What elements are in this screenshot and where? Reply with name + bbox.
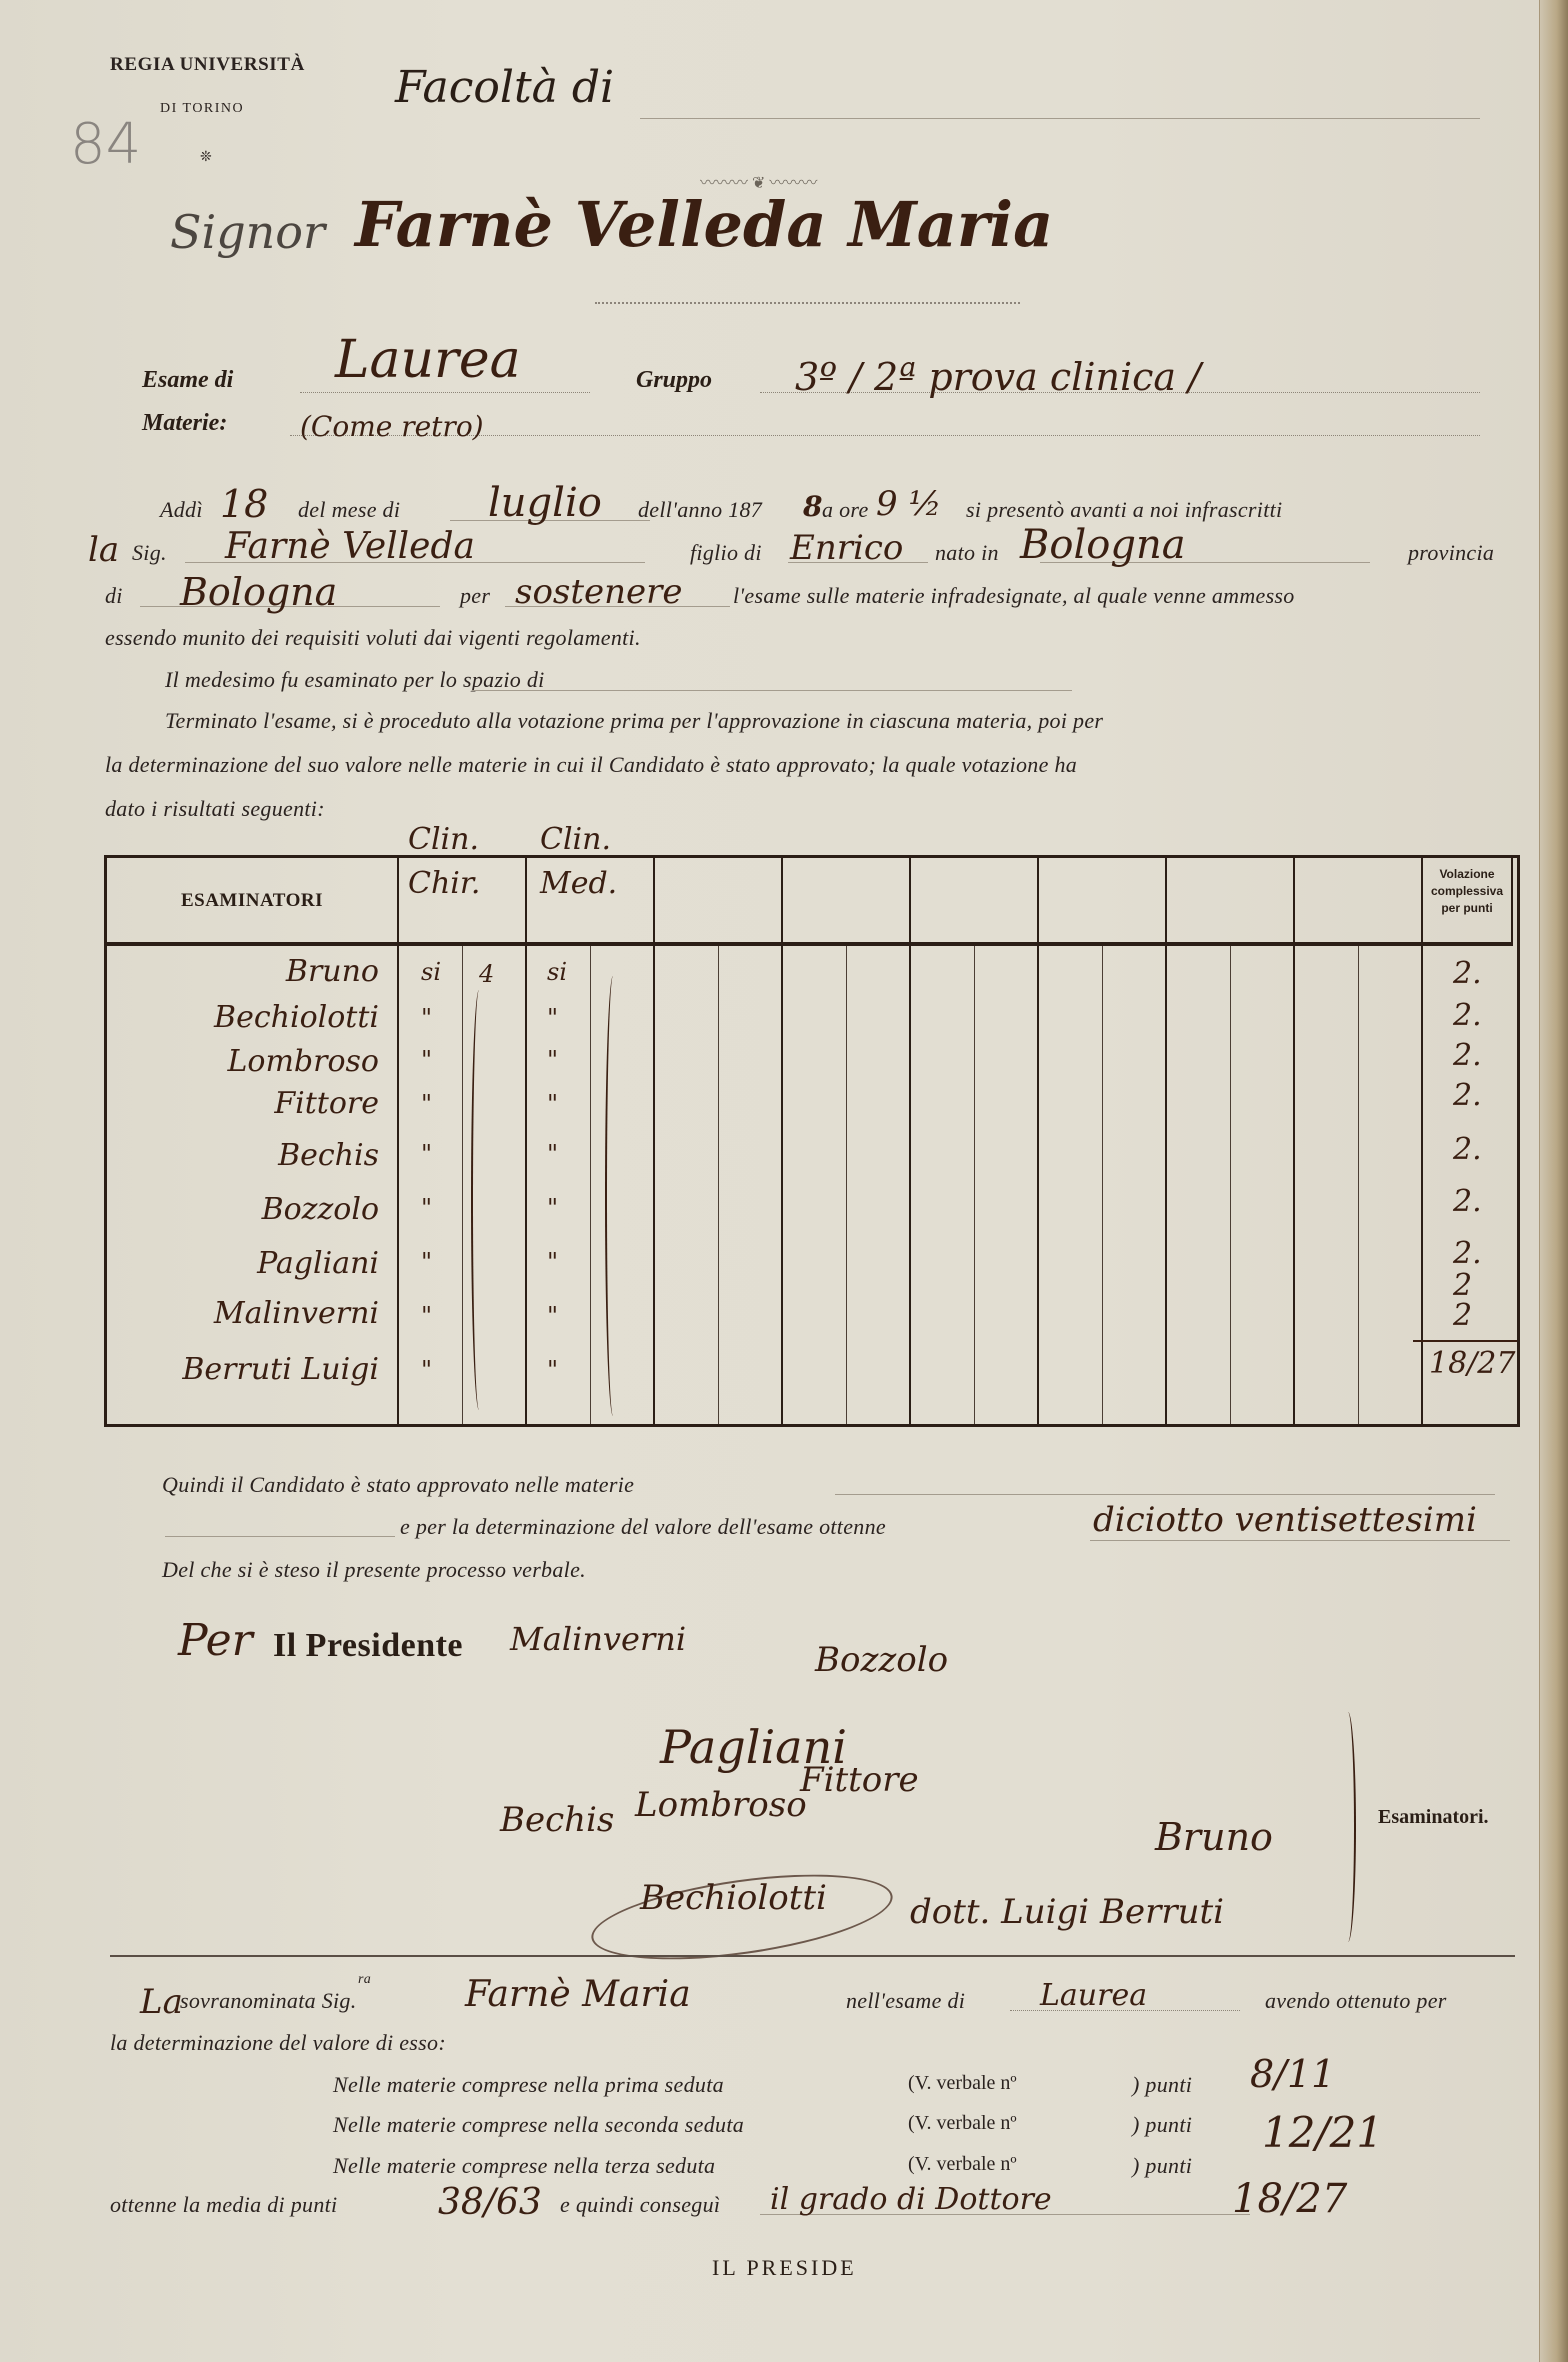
mark: " (547, 1046, 558, 1074)
per-label: per (460, 583, 490, 609)
examiner-name: Bruno (286, 954, 379, 989)
mark: si (421, 958, 441, 986)
document-page: REGIA UNIVERSITÀ DI TORINO ❊ 84 Facoltà … (0, 0, 1540, 2362)
sum-line (1413, 1340, 1517, 1342)
province-value: Bologna (180, 570, 337, 614)
result-line-3: Del che si è steso il presente processo … (162, 1557, 586, 1583)
subject-col-5 (911, 946, 1039, 1424)
esame-value: Laurea (335, 330, 521, 390)
examiner-name: Pagliani (257, 1246, 379, 1281)
row-total: 2. (1453, 998, 1482, 1033)
examiner-signature: Fittore (800, 1760, 919, 1800)
result-line-2: e per la determinazione del valore dell'… (400, 1514, 886, 1540)
subcolumn-divider (718, 946, 719, 1424)
ditto-brace (605, 976, 621, 1416)
examiner-signature: Bruno (1155, 1815, 1273, 1859)
examiners-brace (1340, 1712, 1356, 1942)
sig-prefix: la (88, 530, 119, 570)
purpose-value: sostenere (515, 572, 683, 612)
total-header: Volazione complessiva per punti (1423, 866, 1511, 917)
preside-label: IL PRESIDE (712, 2255, 857, 2281)
approved-subjects-line (835, 1494, 1495, 1495)
subcolumn-divider (1358, 946, 1359, 1424)
row-total: 2. (1453, 1038, 1482, 1073)
mark: " (547, 1090, 558, 1118)
row-total: 2. (1453, 1184, 1482, 1219)
subject-col-2-header (527, 858, 655, 946)
examiner-signature: dott. Luigi Berruti (910, 1892, 1224, 1932)
score-line (1090, 1540, 1510, 1541)
sovranominata-label: sovranominata Sig. (180, 1988, 357, 2014)
nell-esame-label: nell'esame di (846, 1988, 965, 2014)
candidate-name: Farnè Velleda Maria (355, 188, 1053, 261)
subject-col-6 (1039, 946, 1167, 1424)
record-line-8: dato i risultati seguenti: (105, 796, 325, 822)
mark: " (421, 1004, 432, 1032)
sig-name-value: Farnè Velleda (225, 526, 475, 567)
examiner-name: Berruti Luigi (182, 1352, 379, 1387)
row-total: 2. (1453, 1078, 1482, 1113)
subject-col-2: si " " " " " " " " (527, 946, 655, 1424)
addi-label: Addì (160, 497, 203, 523)
mark: 4 (479, 960, 494, 988)
book-spine (1539, 0, 1568, 2362)
seduta-2-label: Nelle materie comprese nella seconda sed… (333, 2112, 744, 2138)
subject-col-6-header (1039, 858, 1167, 946)
subject-col-1: si 4 " " " " " " " " (399, 946, 527, 1424)
row-total: 2. (1453, 1236, 1482, 1271)
avendo-label: avendo ottenuto per (1265, 1988, 1447, 2014)
gruppo-value: 3º / 2ª prova clinica / (795, 355, 1201, 399)
examination-table: ESAMINATORI Volazione complessiva per pu… (104, 855, 1520, 1427)
subject-col-3-header (655, 858, 783, 946)
total-header-cell: Volazione complessiva per punti (1423, 858, 1513, 946)
father-value: Enrico (790, 528, 903, 568)
subject-col-7 (1167, 946, 1295, 1424)
esaminatori-label: Esaminatori. (1378, 1806, 1489, 1829)
grand-total: 18/27 (1429, 1346, 1515, 1381)
mark: " (547, 1302, 558, 1330)
duration-line (472, 690, 1072, 691)
esame-label: Esame di (142, 367, 233, 394)
nato-label: nato in (935, 540, 999, 566)
examiner-signature: Bechis (500, 1800, 614, 1840)
ditto-brace (471, 990, 487, 1410)
mark: " (421, 1140, 432, 1168)
mark: " (547, 1004, 558, 1032)
subject-col-8 (1295, 946, 1423, 1424)
approved-subjects-line-2 (165, 1536, 395, 1537)
mark: " (547, 1356, 558, 1384)
subject-col-8-header (1295, 858, 1423, 946)
record-line-7: la determinazione del suo valore nelle m… (105, 752, 1077, 778)
record-line-3: l'esame sulle materie infradesignate, al… (733, 583, 1295, 609)
birthplace-value: Bologna (1020, 522, 1186, 568)
president-label: Il Presidente (273, 1627, 463, 1665)
determinazione-label: la determinazione del valore di esso: (110, 2030, 446, 2056)
seduta-2-verbale: (V. verbale nº (908, 2112, 1017, 2135)
materie-label: Materie: (142, 410, 227, 437)
media-value: 38/63 (438, 2182, 542, 2223)
sig-label: Sig. (132, 540, 167, 566)
consegui-label: e quindi conseguì (560, 2192, 720, 2218)
summary-name: Farnè Maria (465, 1974, 691, 2015)
signor-label: Signor (170, 205, 325, 259)
subcolumn-divider (1230, 946, 1231, 1424)
subject-col-4 (783, 946, 911, 1424)
figlio-label: figlio di (690, 540, 762, 566)
examiner-name: Lombroso (228, 1044, 380, 1079)
seduta-1-verbale: (V. verbale nº (908, 2072, 1017, 2095)
signature-flourish (586, 1859, 897, 1975)
examiners-header: ESAMINATORI (107, 890, 397, 912)
summary-esame-value: Laurea (1040, 1978, 1147, 2013)
subcolumn-divider (462, 946, 463, 1424)
subcolumn-divider (1102, 946, 1103, 1424)
seduta-3-punti: ) punti (1132, 2153, 1192, 2179)
grado-value: il grado di Dottore (770, 2182, 1052, 2217)
mese-label: del mese di (298, 497, 400, 523)
row-total: 2. (1453, 956, 1482, 991)
row-total: 2 (1453, 1298, 1472, 1333)
examiner-name: Fittore (274, 1086, 379, 1121)
seduta-2-punti: ) punti (1132, 2112, 1192, 2138)
gruppo-label: Gruppo (636, 367, 712, 394)
esame-dotline (300, 392, 590, 393)
day-value: 18 (220, 482, 268, 526)
section-divider (110, 1955, 1515, 1957)
score-words: diciotto ventisettesimi (1093, 1500, 1477, 1540)
presento-text: si presentò avanti a noi infrascritti (966, 497, 1282, 523)
president-signature: Malinverni (510, 1620, 686, 1658)
result-line-1: Quindi il Candidato è stato approvato ne… (162, 1472, 634, 1498)
subcolumn-divider (974, 946, 975, 1424)
la-label: La (140, 1982, 183, 2022)
examiner-signature: Bozzolo (815, 1640, 948, 1680)
mark: " (421, 1248, 432, 1276)
university-city: DI TORINO (160, 101, 244, 117)
provincia-label: provincia (1408, 540, 1494, 566)
subcolumn-divider (846, 946, 847, 1424)
mark: " (421, 1046, 432, 1074)
mark: " (547, 1248, 558, 1276)
examiner-signature: Lombroso (635, 1785, 807, 1825)
seduta-1-punti: ) punti (1132, 2072, 1192, 2098)
subject-col-3 (655, 946, 783, 1424)
examiner-name: Bozzolo (262, 1192, 379, 1227)
materie-value: (Come retro) (300, 410, 484, 443)
examiner-name: Bechiolotti (214, 1000, 379, 1035)
examiners-column: Bruno Bechiolotti Lombroso Fittore Bechi… (107, 946, 399, 1424)
mark: " (421, 1194, 432, 1222)
row-total: 2. (1453, 1132, 1482, 1167)
mark: " (547, 1194, 558, 1222)
subject-col-7-header (1167, 858, 1295, 946)
mark: si (547, 958, 567, 986)
seduta-1-value: 8/11 (1250, 2052, 1335, 2096)
pencil-folio-number: 84 (70, 112, 141, 177)
mark: " (547, 1140, 558, 1168)
wavy-rule (595, 302, 1020, 304)
anno-label: dell'anno 187 (638, 497, 762, 523)
mark: " (421, 1302, 432, 1330)
total-column: 2. 2. 2. 2. 2. 2. 2. 2 2 18/27 (1423, 946, 1513, 1424)
faculty-line (640, 118, 1480, 119)
faculty-label: Facoltà di (395, 62, 614, 113)
seduta-1-label: Nelle materie comprese nella prima sedut… (333, 2072, 724, 2098)
seduta-3-label: Nelle materie comprese nella terza sedut… (333, 2153, 715, 2179)
subject-col-4-header (783, 858, 911, 946)
subcolumn-divider (590, 946, 591, 1424)
ore-label: a ore (822, 497, 869, 523)
subject-col-1-header (399, 858, 527, 946)
university-title: REGIA UNIVERSITÀ (110, 54, 305, 76)
subject-col-5-header (911, 858, 1039, 946)
year-digit: 8 (803, 490, 822, 523)
sig-superscript: ra (358, 1972, 371, 1988)
record-line-6: Terminato l'esame, si è proceduto alla v… (165, 708, 1103, 734)
examiner-name: Malinverni (214, 1296, 379, 1331)
media-label: ottenne la media di punti (110, 2192, 337, 2218)
mark: " (421, 1356, 432, 1384)
month-value: luglio (488, 480, 602, 526)
ornament-icon: ❊ (200, 149, 212, 166)
seduta-3-value: 18/27 (1232, 2176, 1347, 2222)
seduta-3-verbale: (V. verbale nº (908, 2153, 1017, 2176)
record-line-4: essendo munito dei requisiti voluti dai … (105, 625, 641, 651)
examiner-name: Bechis (278, 1138, 379, 1173)
seduta-2-value: 12/21 (1262, 2108, 1383, 2157)
examiners-header-cell: ESAMINATORI (107, 858, 399, 946)
per-label: Per (178, 1615, 253, 1666)
mark: " (421, 1090, 432, 1118)
hour-value: 9 ½ (876, 484, 941, 524)
di-label: di (105, 583, 123, 609)
